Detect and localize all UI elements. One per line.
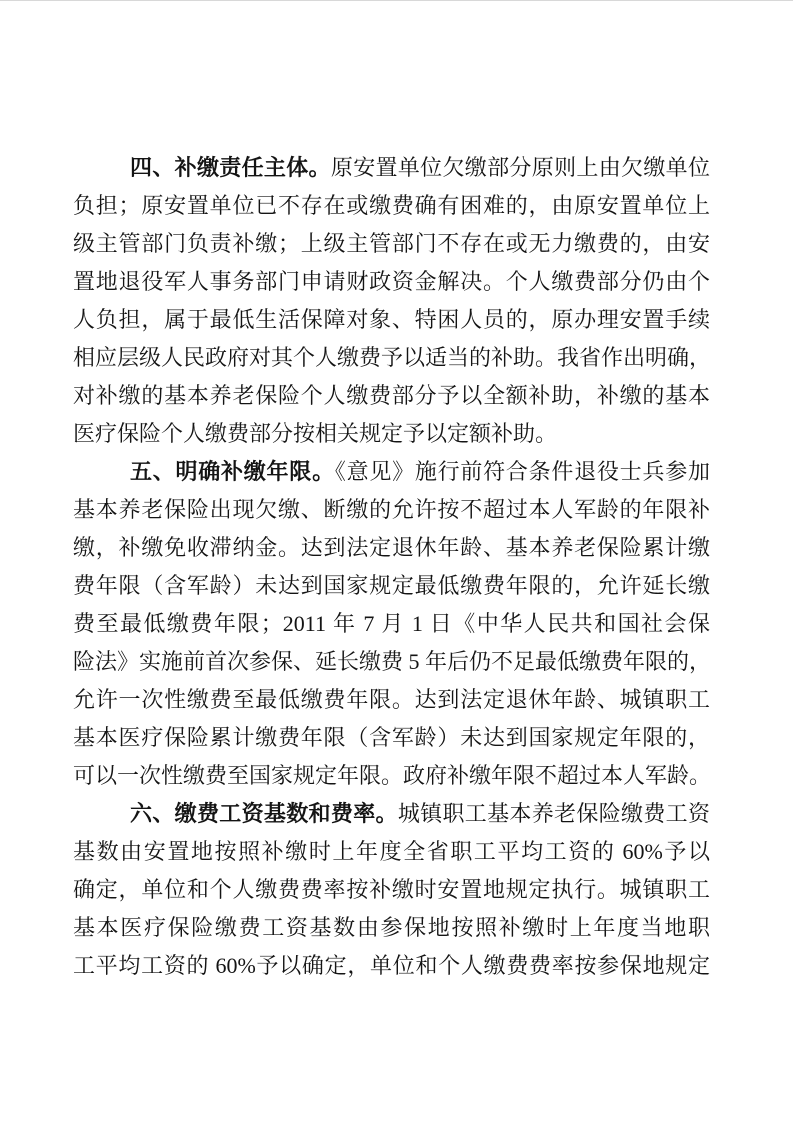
text-line: 四、补缴责任主体。原安置单位欠缴部分原则上由欠缴单位 xyxy=(73,149,710,187)
text-line: 人负担，属于最低生活保障对象、特困人员的，原办理安置手续 xyxy=(73,301,710,339)
text-line: 对补缴的基本养老保险个人缴费部分予以全额补助，补缴的基本 xyxy=(73,377,710,415)
text-line: 置地退役军人事务部门申请财政资金解决。个人缴费部分仍由个 xyxy=(73,263,710,301)
text-line: 费至最低缴费年限；2011 年 7 月 1 日《中华人民共和国社会保 xyxy=(73,605,710,643)
text-line: 基本养老保险出现欠缴、断缴的允许按不超过本人军龄的年限补 xyxy=(73,491,710,529)
text-line: 工平均工资的 60%予以确定，单位和个人缴费费率按参保地规定 xyxy=(73,947,710,985)
text-line: 级主管部门负责补缴；上级主管部门不存在或无力缴费的，由安 xyxy=(73,225,710,263)
text-line: 缴，补缴免收滞纳金。达到法定退休年龄、基本养老保险累计缴 xyxy=(73,529,710,567)
text-line: 基数由安置地按照补缴时上年度全省职工平均工资的 60%予以 xyxy=(73,833,710,871)
paragraph-wage-base-and-rate: 六、缴费工资基数和费率。城镇职工基本养老保险缴费工资 基数由安置地按照补缴时上年… xyxy=(73,795,710,985)
text-line: 基本医疗保险缴费工资基数由参保地按照补缴时上年度当地职 xyxy=(73,909,710,947)
text-line: 五、明确补缴年限。《意见》施行前符合条件退役士兵参加 xyxy=(73,453,710,491)
text-line: 费年限（含军龄）未达到国家规定最低缴费年限的，允许延长缴 xyxy=(73,567,710,605)
text-line: 确定，单位和个人缴费费率按补缴时安置地规定执行。城镇职工 xyxy=(73,871,710,909)
text-line: 六、缴费工资基数和费率。城镇职工基本养老保险缴费工资 xyxy=(73,795,710,833)
text-line: 相应层级人民政府对其个人缴费予以适当的补助。我省作出明确， xyxy=(73,339,710,377)
paragraph-heading: 四、补缴责任主体。 xyxy=(130,155,331,180)
text-line: 负担；原安置单位已不存在或缴费确有困难的，由原安置单位上 xyxy=(73,187,710,225)
paragraph-text: 城镇职工基本养老保险缴费工资 xyxy=(398,801,710,826)
text-line: 允许一次性缴费至最低缴费年限。达到法定退休年龄、城镇职工 xyxy=(73,681,710,719)
paragraph-payment-years: 五、明确补缴年限。《意见》施行前符合条件退役士兵参加 基本养老保险出现欠缴、断缴… xyxy=(73,453,710,795)
paragraph-heading: 五、明确补缴年限。 xyxy=(130,459,335,484)
text-line: 基本医疗保险累计缴费年限（含军龄）未达到国家规定年限的， xyxy=(73,719,710,757)
text-line: 可以一次性缴费至国家规定年限。政府补缴年限不超过本人军龄。 xyxy=(73,757,710,795)
paragraph-payment-responsibility: 四、补缴责任主体。原安置单位欠缴部分原则上由欠缴单位 负担；原安置单位已不存在或… xyxy=(73,149,710,453)
paragraph-text: 《意见》施行前符合条件退役士兵参加 xyxy=(335,459,710,484)
text-line: 险法》实施前首次参保、延长缴费 5 年后仍不足最低缴费年限的， xyxy=(73,643,710,681)
paragraph-text: 原安置单位欠缴部分原则上由欠缴单位 xyxy=(331,155,710,180)
document-page: 四、补缴责任主体。原安置单位欠缴部分原则上由欠缴单位 负担；原安置单位已不存在或… xyxy=(0,0,793,1122)
paragraph-heading: 六、缴费工资基数和费率。 xyxy=(130,801,398,826)
document-text-block: 四、补缴责任主体。原安置单位欠缴部分原则上由欠缴单位 负担；原安置单位已不存在或… xyxy=(73,149,710,985)
text-line: 医疗保险个人缴费部分按相关规定予以定额补助。 xyxy=(73,415,710,453)
